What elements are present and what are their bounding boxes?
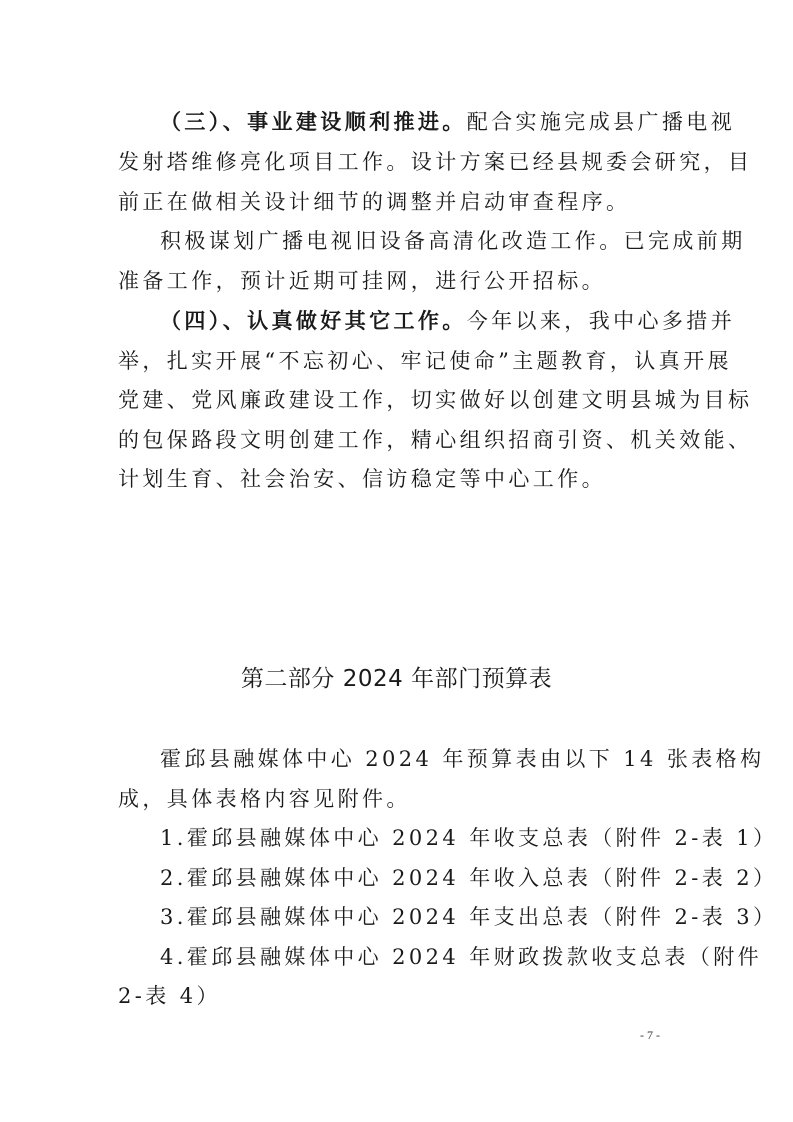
section4-line5: 计划生育、社会治安、信访稳定等中心工作。 bbox=[118, 464, 678, 494]
list-item-continuation: 2-表 4） bbox=[118, 981, 678, 1011]
part2-intro-line2: 成，具体表格内容见附件。 bbox=[118, 784, 678, 814]
section3-para2-line1: 积极谋划广播电视旧设备高清化改造工作。已完成前期 bbox=[160, 226, 680, 256]
section4-line2: 举，扎实开展“不忘初心、牢记使命”主题教育，认真开展 bbox=[118, 346, 678, 376]
part2-title: 第二部分 2024 年部门预算表 bbox=[0, 664, 793, 694]
part2-intro-line1: 霍邱县融媒体中心 2024 年预算表由以下 14 张表格构 bbox=[160, 744, 680, 774]
document-page: （三）、事业建设顺利推进。配合实施完成县广播电视 发射塔维修亮化项目工作。设计方… bbox=[0, 0, 793, 1122]
section4-line1: （四）、认真做好其它工作。今年以来，我中心多措并 bbox=[160, 306, 680, 336]
list-item: 4.霍邱县融媒体中心 2024 年财政拨款收支总表（附件 bbox=[160, 942, 680, 972]
section4-heading: （四）、认真做好其它工作。 bbox=[160, 308, 467, 333]
section3-line1: （三）、事业建设顺利推进。配合实施完成县广播电视 bbox=[160, 107, 680, 137]
list-item: 1.霍邱县融媒体中心 2024 年收支总表（附件 2-表 1） bbox=[160, 823, 680, 853]
section3-line2: 发射塔维修亮化项目工作。设计方案已经县规委会研究，目 bbox=[118, 147, 678, 177]
section3-para2-line2: 准备工作，预计近期可挂网，进行公开招标。 bbox=[118, 266, 678, 296]
section4-line4: 的包保路段文明创建工作，精心组织招商引资、机关效能、 bbox=[118, 425, 678, 455]
list-item: 2.霍邱县融媒体中心 2024 年收入总表（附件 2-表 2） bbox=[160, 863, 680, 893]
list-item: 3.霍邱县融媒体中心 2024 年支出总表（附件 2-表 3） bbox=[160, 902, 680, 932]
section4-line3: 党建、党风廉政建设工作，切实做好以创建文明县城为目标 bbox=[118, 385, 678, 415]
page-number: - 7 - bbox=[640, 1028, 660, 1043]
section3-line3: 前正在做相关设计细节的调整并启动审查程序。 bbox=[118, 187, 678, 217]
section3-heading: （三）、事业建设顺利推进。 bbox=[160, 109, 467, 134]
